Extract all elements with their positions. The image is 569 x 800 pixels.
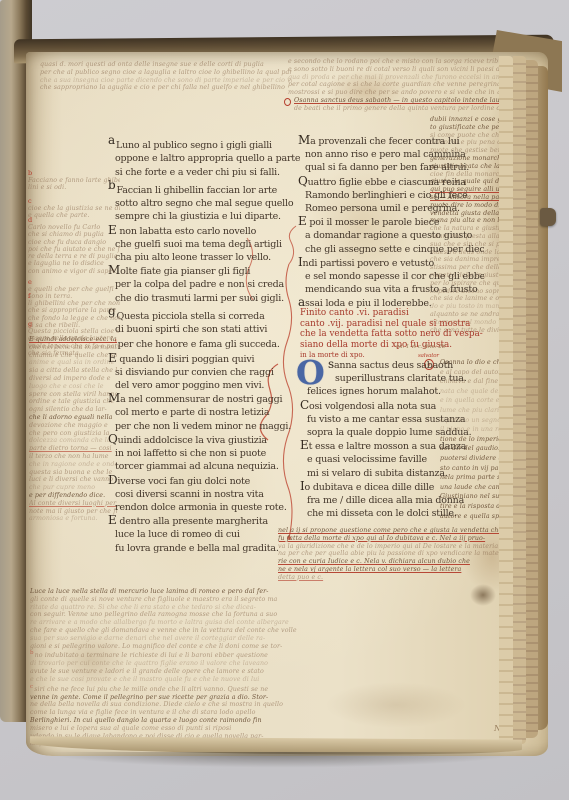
text-line: che li adorno eguali nella <box>29 414 117 422</box>
text-line: devozione che maggio e <box>29 422 117 430</box>
text-line: luogo che e cosi che le <box>29 383 117 391</box>
red-ring-ornament <box>284 98 291 106</box>
text-line: e sono sotto li buoni re di cotal verso … <box>288 66 524 74</box>
text-line: Facciano e fanno larte ghibel- <box>28 177 120 184</box>
text-line: gli conte di quelle si nove venture che … <box>30 596 516 604</box>
text-line: superillustrans claritate tua. <box>300 372 490 385</box>
text-line: spere con stella viril hanno <box>29 391 117 399</box>
text-line: con animo e vigor di saper. <box>28 268 120 275</box>
interlinear-gloss: salvator <box>418 353 439 359</box>
fore-edge-pages <box>538 66 548 730</box>
text-line: e quasi velocissime faville <box>300 453 490 466</box>
canto-vii-opening: O salvator sanna sactus deus sabaothsupe… <box>300 358 490 520</box>
text-line: Finito canto .vi. paradisi <box>300 308 500 319</box>
illuminated-initial-O: O <box>296 358 325 388</box>
text-line: ritate da quattro re. Si che che li era … <box>30 604 516 612</box>
bottom-commentary: Luce la luce nella stella di mercurio lu… <box>30 588 516 748</box>
text-line: re della terra e re di puglia <box>28 253 120 260</box>
text-line: Indi partissi povero e vetusto <box>298 256 484 270</box>
note-key-letter: d <box>28 216 32 224</box>
text-line: mostrossi e si puo dire che per se ando … <box>288 89 524 97</box>
red-letter-mark: b <box>30 650 34 656</box>
text-line: note ma il giusto per che fu <box>29 508 117 516</box>
text-line: cioe che fu duca dangio <box>28 239 120 246</box>
text-line: mi si velaro di subita distanza. <box>300 467 490 480</box>
text-line: lini e si odi. <box>28 184 120 191</box>
text-line: csiri che ne fece lui piu che le mille o… <box>30 684 516 694</box>
text-line: torcer giammai ad alcuna nequizia. <box>108 460 300 473</box>
text-line: che dio trasmuti larmi per suoi gigli. <box>108 292 300 305</box>
text-line: aLuno al publico segno i gigli gialli <box>108 134 300 152</box>
photo-background: 98 N quasi d. mori questi ad onta delle … <box>0 0 569 800</box>
text-line: Et essa e laltre mosson a sua danza <box>300 439 490 453</box>
text-line: che a sua insegna cioe parte dicendo che… <box>40 77 292 85</box>
text-line: Cosi volgendosi alla nota sua <box>300 399 490 413</box>
text-line: Questa picciola stella cioe con <box>28 328 120 335</box>
text-line: Io dubitava e dicea dille dille <box>300 480 490 494</box>
top-gloss-right: e secondo che lo rodano poi che e misto … <box>288 58 524 97</box>
text-line: sanna sactus deus sabaoth <box>300 358 490 372</box>
text-line: di buoni spirti che son stati attivi <box>108 323 300 336</box>
text-line: diversi ad impero dode e <box>29 375 117 383</box>
text-line: questa sia buona e che le <box>29 469 117 477</box>
rubric-canto-vii: Finito canto .vi. paradisicanto .vij. pa… <box>300 308 500 361</box>
note-key-letter: e <box>28 278 32 286</box>
margin-note-g: gQuesta picciola stella cioe conessere n… <box>28 320 120 357</box>
text-line: mendicando sua vita a frusto a frusto <box>298 283 484 296</box>
text-line: non anno riso e pero mal cammina <box>298 148 484 161</box>
text-line: Ramondo berlinghieri e cio gli fece <box>298 189 484 202</box>
text-line: re arrivare e a modo che allalbergo fu m… <box>30 619 516 627</box>
red-letter-mark: a <box>108 140 115 146</box>
text-line: fra me / dille dicea alla mia donna <box>300 494 490 507</box>
text-line: si disviando pur convien che raggi <box>108 366 300 379</box>
text-line: venne in gente. Come il pellegrino per s… <box>30 694 516 702</box>
text-line: E dentro alla presente margherita <box>108 514 300 528</box>
text-line: che la vendetta fatta sotto nero di vesp… <box>300 329 500 340</box>
fore-edge-pages <box>499 56 513 750</box>
text-line: Carlo novello fu Carlo <box>28 224 120 231</box>
text-line: luce la luce di romeo di cui <box>108 528 300 541</box>
text-line: gua di proda e per che mai li provenzali… <box>288 74 524 82</box>
text-line: cha piu alto leone trasser lo vello. <box>108 251 300 264</box>
text-line: di trovarlo per cui conte che le quattro… <box>30 660 516 668</box>
text-line: a domandar ragione a questo giusto <box>298 229 484 242</box>
text-line: per che al publico segno cioe a laguglia… <box>40 69 292 77</box>
text-line: dolcezza comanda che la <box>29 437 117 445</box>
text-line: per la colpa del padre e non si creda <box>108 278 300 291</box>
text-line: sua per suo servigio e darne denari che … <box>30 635 516 643</box>
text-line: del vero amor poggino men vivi. <box>108 379 300 392</box>
red-letter-mark: c <box>30 684 33 690</box>
text-line: che guelfi suoi ma tema degli artigli <box>108 238 300 251</box>
note-key-letter: c <box>28 197 32 205</box>
text-line: che si appropriare la parte <box>28 307 120 314</box>
text-line: Luce la luce nella stella di mercurio lu… <box>30 588 516 596</box>
text-line: ordine e tale giustizia che <box>29 398 117 406</box>
text-line: Al conte diversi luoghi per grazia <box>29 500 117 508</box>
page-shadow <box>18 752 546 778</box>
text-line: misero e lui e lopera sua al quale come … <box>30 725 516 733</box>
text-line: parte dietro torna — cosi <box>29 445 117 453</box>
text-line: e laguglia ne lo disdice <box>28 260 120 267</box>
text-line: fu lovra grande e bella mal gradita. <box>108 542 300 555</box>
text-line: col merto e parte di nostra letizia <box>108 406 300 419</box>
text-line: cioe che la giustizia se ne disdegni <box>28 205 120 212</box>
text-line: sotto altro segno che mal segue quello <box>108 197 300 210</box>
text-line: sopra la quale doppio lume saddua. <box>300 426 490 439</box>
text-line: e per diffendendo dice. <box>29 492 117 500</box>
text-line: cosi diversi scanni in nostra vita <box>108 488 300 501</box>
text-line: come la lunga via e figlie fece in ventu… <box>30 709 516 717</box>
left-margin-gloss-column: E quindi addolcisce ecc. la voceche nel … <box>29 336 117 523</box>
text-line: li ghibellini che per che non si de <box>28 300 120 307</box>
text-line: rendon dolce armonia in queste rote. <box>108 501 300 514</box>
text-line: e secondo che lo rodano poi che e misto … <box>288 58 524 66</box>
text-line: E non labatta esto carlo novello <box>108 224 300 238</box>
text-line: in noi laffetto si che non si puote <box>108 447 300 460</box>
text-line: oppone e laltro appropria quello a parte <box>108 152 300 165</box>
text-line: armoniosa e fortuna. <box>29 515 117 523</box>
text-line: si che forte e a veder chi piu si falli. <box>108 166 300 179</box>
text-line: per cotal cagione e si che la corte guar… <box>288 81 524 89</box>
margin-note-d: dCarlo novello fu Carloche si chiamo di … <box>28 216 120 275</box>
poem-column-left: aLuno al publico segno i gigli gialliopp… <box>108 134 300 555</box>
text-line: Quindi addolcisce la viva giustizia <box>108 433 300 447</box>
text-line: che pur cupre meno <box>29 484 117 492</box>
text-line: essere nella quale lautore <box>28 335 120 342</box>
margin-note-b: bFacciano e fanno larte ghibel-lini e si… <box>28 169 120 192</box>
text-line: gQuesta picciola stella si correda <box>108 305 300 323</box>
text-line: Ma nel commensurar de nostri gaggi <box>108 392 300 406</box>
text-line: E quando li disiri poggian quivi <box>108 352 300 366</box>
text-line: anime e qual sia in ordine <box>29 359 117 367</box>
text-line: gioni e si pellegrino valore. Lo magnifi… <box>30 643 516 651</box>
text-line: Diverse voci fan giu dolci note <box>108 474 300 488</box>
text-line: che sia fermata. <box>28 350 120 357</box>
text-line: sia a citta della stella che li <box>29 367 117 375</box>
note-key-letter: b <box>28 169 32 177</box>
text-line: avute le sue venture e ladori e il grand… <box>30 668 516 676</box>
text-line: bFaccian li ghibellin faccian lor arte <box>108 179 300 197</box>
text-line: Romeo persona umil e peregrina. <box>298 202 484 215</box>
rubric-side-note: ca. 1 vi c. fino. 2b <box>396 344 445 350</box>
text-line: canto .vij. paradisi nel quale si mostra <box>300 319 500 330</box>
text-line: E poi il mosser le parole biece <box>298 215 484 229</box>
text-line: che in ragione onde e onde <box>29 461 117 469</box>
text-line: con seguir. Venne uno pellegrino della r… <box>30 611 516 619</box>
text-line: quasi d. mori questi ad onta delle inseg… <box>40 61 292 69</box>
text-line: il terzo che non ha lume <box>29 453 117 461</box>
text-line: Molte fiate gia pianser gli figli <box>108 264 300 278</box>
text-line: che gli assegno sette e cinque per diece… <box>298 243 484 256</box>
fore-edge-pages <box>526 60 538 738</box>
text-line: vuole lopera che si fa e pare <box>28 343 120 350</box>
note-key-letter: g <box>28 320 32 328</box>
text-line: Quattro figlie ebbe e ciascuna reina <box>298 175 484 189</box>
text-line: ne della bella novella di sua condizione… <box>30 701 516 709</box>
text-line: poi che fu aiutato e che ne fe <box>28 246 120 253</box>
text-line: qual si fa danno per ben fare altrui. <box>298 161 484 174</box>
text-line: e che le sue cosi provate e che il mastr… <box>30 676 516 684</box>
text-line: che pero con giustizia la <box>29 430 117 438</box>
text-line: che fare e quello che gli domandava e ve… <box>30 627 516 635</box>
top-gloss-left: quasi d. mori questi ad onta delle inseg… <box>40 61 292 92</box>
text-line: fu visto a me cantar essa sustanza <box>300 413 490 426</box>
note-key-letter: f <box>28 292 31 300</box>
text-line: che sappropriano la aguglia e cio e per … <box>40 84 292 92</box>
fore-edge-pages <box>513 56 526 744</box>
text-line: sempre chi la giustizia e lui diparte. <box>108 210 300 223</box>
text-line: luci e li diversi che vanno <box>29 476 117 484</box>
text-line: ogni silentio che da lar- <box>29 406 117 414</box>
manuscript-page: 98 N quasi d. mori questi ad onta delle … <box>26 52 548 756</box>
poem-column-right: Ma provenzali che fecer contra luinon an… <box>298 134 484 311</box>
text-line: Berlinghieri. In cui quello dangio la qu… <box>30 717 516 725</box>
text-line: felices ignes horum malahot. <box>300 385 490 398</box>
text-line: per che non li vedem minor ne maggi. <box>108 420 300 433</box>
text-line: che mi disseta con le dolci stille. <box>300 507 490 520</box>
text-line: bno indubitato a terminare le richieste … <box>30 650 516 660</box>
text-line: Ma provenzali che fecer contra lui <box>298 134 484 148</box>
clasp-remnant <box>540 208 556 226</box>
text-line: che si chiamo di puglia <box>28 231 120 238</box>
text-line: lper che honore e fama gli succeda. <box>108 336 300 351</box>
text-line: e sel mondo sapesse il cor che gli ebbe <box>298 270 484 283</box>
